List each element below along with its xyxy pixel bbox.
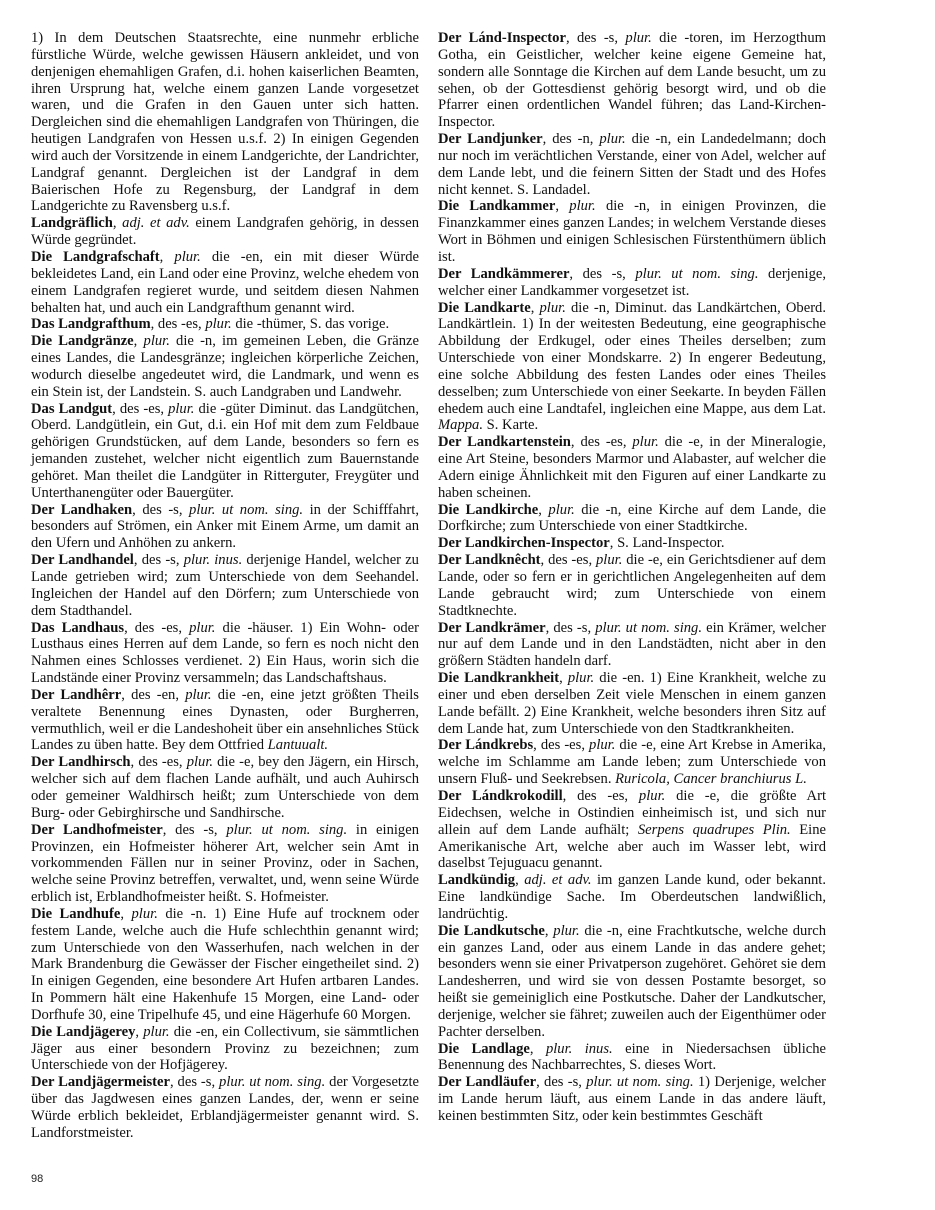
grammar-note: plur. <box>568 670 594 686</box>
dictionary-entry: Der Landhirsch, des -es, plur. die -e, b… <box>31 754 419 821</box>
entry-text: , des -es, <box>541 552 596 568</box>
headword: Der Landkirchen-Inspector <box>438 535 610 551</box>
headword: Der Lándkrebs <box>438 737 533 753</box>
dictionary-entry: Der Landkirchen-Inspector, S. Land-Inspe… <box>438 535 826 552</box>
entry-text: , des -es, <box>124 620 189 636</box>
dictionary-entry: Die Landlage, plur. inus. eine in Nieder… <box>438 1041 826 1075</box>
grammar-note: plur. ut nom. sing. <box>226 822 347 838</box>
grammar-note: plur. <box>548 502 574 518</box>
dictionary-entry: Der Lándkrokodill, des -es, plur. die -e… <box>438 788 826 872</box>
grammar-note: plur. <box>569 198 595 214</box>
entry-text: , <box>120 906 131 922</box>
dictionary-entry: Der Landknêcht, des -es, plur. die -e, e… <box>438 552 826 619</box>
right-column: Der Lánd-Inspector, des -s, plur. die -t… <box>438 30 826 1125</box>
headword: Der Landkrämer <box>438 620 546 636</box>
entry-text: , <box>113 215 122 231</box>
left-column: 1) In dem Deutschen Staatsrechte, eine n… <box>31 30 419 1142</box>
dictionary-entry: Das Landgut, des -es, plur. die -güter D… <box>31 401 419 502</box>
dictionary-page: 1) In dem Deutschen Staatsrechte, eine n… <box>0 0 935 1210</box>
grammar-note: plur. <box>599 131 625 147</box>
dictionary-entry: Die Landgrafschaft, plur. die -en, ein m… <box>31 249 419 316</box>
entry-text: , <box>515 872 524 888</box>
grammar-note: plur. ut nom. sing. <box>595 620 702 636</box>
dictionary-entry: Landgräflich, adj. et adv. einem Landgra… <box>31 215 419 249</box>
grammar-note: plur. inus. <box>546 1041 613 1057</box>
entry-text: , des -es, <box>131 754 187 770</box>
entry-text: 1) In dem Deutschen Staatsrechte, eine n… <box>31 30 419 214</box>
entry-text: , <box>555 198 569 214</box>
dictionary-entry: Der Landjunker, des -n, plur. die -n, ei… <box>438 131 826 198</box>
dictionary-entry: Der Landkämmerer, des -s, plur. ut nom. … <box>438 266 826 300</box>
grammar-note: plur. <box>205 316 231 332</box>
dictionary-entry: Der Landhaken, des -s, plur. ut nom. sin… <box>31 502 419 553</box>
entry-text: , des -s, <box>569 266 635 282</box>
headword: Die Landkammer <box>438 198 555 214</box>
headword: Die Landkarte <box>438 300 531 316</box>
grammar-note: plur. <box>596 552 622 568</box>
grammar-note: Ruricola, Cancer branchiurus L. <box>615 771 807 787</box>
grammar-note: plur. <box>187 754 213 770</box>
grammar-note: plur. <box>625 30 651 46</box>
dictionary-entry: Die Landkammer, plur. die -n, in einigen… <box>438 198 826 265</box>
dictionary-entry: Der Landkrämer, des -s, plur. ut nom. si… <box>438 620 826 671</box>
dictionary-entry: Der Landjägermeister, des -s, plur. ut n… <box>31 1074 419 1141</box>
dictionary-entry: Die Landjägerey, plur. die -en, ein Coll… <box>31 1024 419 1075</box>
dictionary-entry: Die Landkrankheit, plur. die -en. 1) Ein… <box>438 670 826 737</box>
grammar-note: plur. <box>639 788 665 804</box>
entry-text: , <box>530 1041 546 1057</box>
headword: Das Landhaus <box>31 620 124 636</box>
dictionary-entry: Die Landkutsche, plur. die -n, eine Frac… <box>438 923 826 1041</box>
entry-text: , <box>538 502 548 518</box>
grammar-note: plur. <box>589 737 615 753</box>
entry-text: , <box>134 333 144 349</box>
dictionary-entry: Der Landkartenstein, des -es, plur. die … <box>438 434 826 501</box>
headword: Der Landjägermeister <box>31 1074 170 1090</box>
entry-text: , des -s, <box>163 822 227 838</box>
dictionary-entry: Der Landhandel, des -s, plur. inus. derj… <box>31 552 419 619</box>
entry-text: die -thümer, S. das vorige. <box>232 316 389 332</box>
dictionary-entry: Die Landgränze, plur. die -n, im gemeine… <box>31 333 419 400</box>
headword: Die Landgränze <box>31 333 134 349</box>
grammar-note: Lantuualt. <box>268 737 328 753</box>
grammar-note: plur. inus. <box>184 552 243 568</box>
grammar-note: plur. <box>168 401 194 417</box>
entry-text: , <box>160 249 175 265</box>
grammar-note: Serpens quadrupes Plin. <box>638 822 791 838</box>
entry-text: , des -es, <box>533 737 589 753</box>
dictionary-entry: Der Landhêrr, des -en, plur. die -en, ei… <box>31 687 419 754</box>
page-number: 98 <box>31 1173 43 1185</box>
grammar-note: plur. ut nom. sing. <box>635 266 758 282</box>
headword: Der Landläufer <box>438 1074 536 1090</box>
headword: Die Landgrafschaft <box>31 249 160 265</box>
entry-text: , des -es, <box>571 434 632 450</box>
entry-text: , des -s, <box>566 30 625 46</box>
dictionary-entry: Landkündig, adj. et adv. im ganzen Lande… <box>438 872 826 923</box>
entry-text: , des -n, <box>543 131 600 147</box>
headword: Der Landknêcht <box>438 552 541 568</box>
grammar-note: plur. <box>143 1024 169 1040</box>
headword: Der Landhandel <box>31 552 134 568</box>
entry-text: , S. Land-Inspector. <box>610 535 725 551</box>
headword: Der Landhêrr <box>31 687 121 703</box>
dictionary-entry: Die Landhufe, plur. die -n. 1) Eine Hufe… <box>31 906 419 1024</box>
entry-text: , des -es, <box>151 316 206 332</box>
grammar-note: plur. <box>132 906 158 922</box>
entry-text: , des -s, <box>134 552 184 568</box>
headword: Die Landlage <box>438 1041 530 1057</box>
headword: Die Landjägerey <box>31 1024 135 1040</box>
entry-text: , des -s, <box>132 502 189 518</box>
dictionary-entry: Der Lánd-Inspector, des -s, plur. die -t… <box>438 30 826 131</box>
dictionary-entry: Die Landkirche, plur. die -n, eine Kirch… <box>438 502 826 536</box>
dictionary-entry: Das Landgrafthum, des -es, plur. die -th… <box>31 316 419 333</box>
headword: Der Landhirsch <box>31 754 131 770</box>
grammar-note: adj. et adv. <box>524 872 591 888</box>
grammar-note: plur. ut nom. sing. <box>189 502 303 518</box>
headword: Die Landkirche <box>438 502 538 518</box>
grammar-note: plur. <box>189 620 215 636</box>
entry-text: , des -es, <box>112 401 168 417</box>
dictionary-entry: Das Landhaus, des -es, plur. die -häuser… <box>31 620 419 687</box>
dictionary-entry: Der Landhofmeister, des -s, plur. ut nom… <box>31 822 419 906</box>
dictionary-entry: Der Landläufer, des -s, plur. ut nom. si… <box>438 1074 826 1125</box>
dictionary-entry: Die Landkarte, plur. die -n, Diminut. da… <box>438 300 826 435</box>
grammar-note: plur. <box>539 300 565 316</box>
dictionary-entry: Der Lándkrebs, des -es, plur. die -e, ei… <box>438 737 826 788</box>
grammar-note: plur. <box>144 333 170 349</box>
grammar-note: Mappa. <box>438 417 483 433</box>
headword: Die Landkrankheit <box>438 670 559 686</box>
headword: Das Landgut <box>31 401 112 417</box>
headword: Der Lánd-Inspector <box>438 30 566 46</box>
headword: Der Landhofmeister <box>31 822 163 838</box>
entry-text: , des -es, <box>563 788 639 804</box>
grammar-note: plur. <box>185 687 211 703</box>
entry-text: , <box>559 670 568 686</box>
entry-text: die -n, eine Frachtkutsche, welche durch… <box>438 923 826 1040</box>
headword: Das Landgrafthum <box>31 316 151 332</box>
headword: Der Landkämmerer <box>438 266 569 282</box>
headword: Die Landhufe <box>31 906 120 922</box>
grammar-note: plur. ut nom. sing. <box>219 1074 325 1090</box>
grammar-note: plur. <box>632 434 658 450</box>
headword: Landkündig <box>438 872 515 888</box>
entry-text: die -n, Diminut. das Landkärtchen, Oberd… <box>438 300 826 417</box>
headword: Landgräflich <box>31 215 113 231</box>
grammar-note: plur. ut nom. sing. <box>586 1074 693 1090</box>
entry-text: , des -s, <box>536 1074 586 1090</box>
grammar-note: adj. et adv. <box>122 215 190 231</box>
grammar-note: plur. <box>174 249 200 265</box>
headword: Der Lándkrokodill <box>438 788 563 804</box>
entry-text: , des -en, <box>121 687 185 703</box>
entry-text: , des -s, <box>170 1074 219 1090</box>
headword: Der Landhaken <box>31 502 132 518</box>
headword: Der Landkartenstein <box>438 434 571 450</box>
entry-text: , des -s, <box>546 620 596 636</box>
headword: Der Landjunker <box>438 131 543 147</box>
dictionary-entry: 1) In dem Deutschen Staatsrechte, eine n… <box>31 30 419 215</box>
entry-text: S. Karte. <box>483 417 538 433</box>
grammar-note: plur. <box>553 923 579 939</box>
entry-text: die -n. 1) Eine Hufe auf trocknem oder f… <box>31 906 419 1023</box>
headword: Die Landkutsche <box>438 923 545 939</box>
